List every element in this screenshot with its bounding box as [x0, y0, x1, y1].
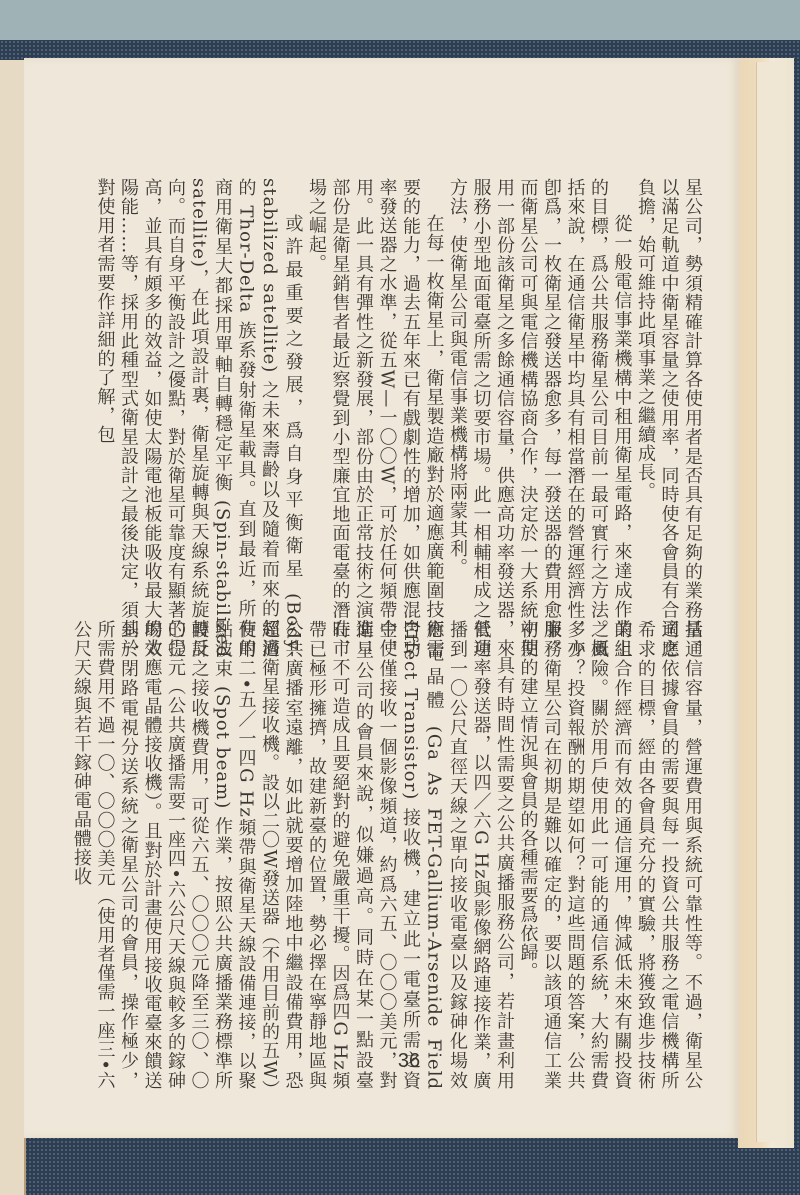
- top-text-block: 星公司，勢須精確計算各使用者是否具有足夠的業務量，以滿足軌道中衛星容量之使用率，…: [93, 178, 704, 658]
- paragraph: 星公司，勢須精確計算各使用者是否具有足夠的業務量，以滿足軌道中衛星容量之使用率，…: [634, 178, 705, 658]
- paragraph: 具有時間性需要之公共廣播服務公司，若計畫利用低功率發送器，以四／六G Hz與影像…: [70, 620, 517, 1090]
- top-text-band: 星公司，勢須精確計算各使用者是否具有足夠的業務量，以滿足軌道中衛星容量之使用率，…: [84, 178, 704, 658]
- bottom-text-band: 括通信容量，營運費用與系統可靠性等。不過，衛星公司應依據會員的需要與每一投資公共…: [84, 620, 704, 1090]
- document-page: 星公司，勢須精確計算各使用者是否具有足夠的業務量，以滿足軌道中衛星容量之使用率，…: [24, 58, 740, 1138]
- paragraph: 或許最重要之發展，爲自身平衡衛星 (Body-stabilized satell…: [93, 178, 305, 658]
- paragraph: 在每一枚衛星上，衛星製造廠對於適應廣範圍技術需要的能力，過去五年來已有戲劇性的增…: [305, 178, 446, 658]
- left-page-edge: [0, 60, 26, 1195]
- page-stack-edge: [738, 58, 794, 1148]
- paragraph: 括通信容量，營運費用與系統可靠性等。不過，衛星公司應依據會員的需要與每一投資公共…: [516, 620, 704, 1090]
- page-stack-inner: [756, 62, 785, 1142]
- paragraph: 從一般電信事業機構中租用衛星電路，來達成作業上的目標，爲公共服務衛星公司目前一最…: [446, 178, 634, 658]
- page-number: 36: [379, 1050, 439, 1073]
- bottom-text-block: 括通信容量，營運費用與系統可靠性等。不過，衛星公司應依據會員的需要與每一投資公共…: [70, 620, 705, 1090]
